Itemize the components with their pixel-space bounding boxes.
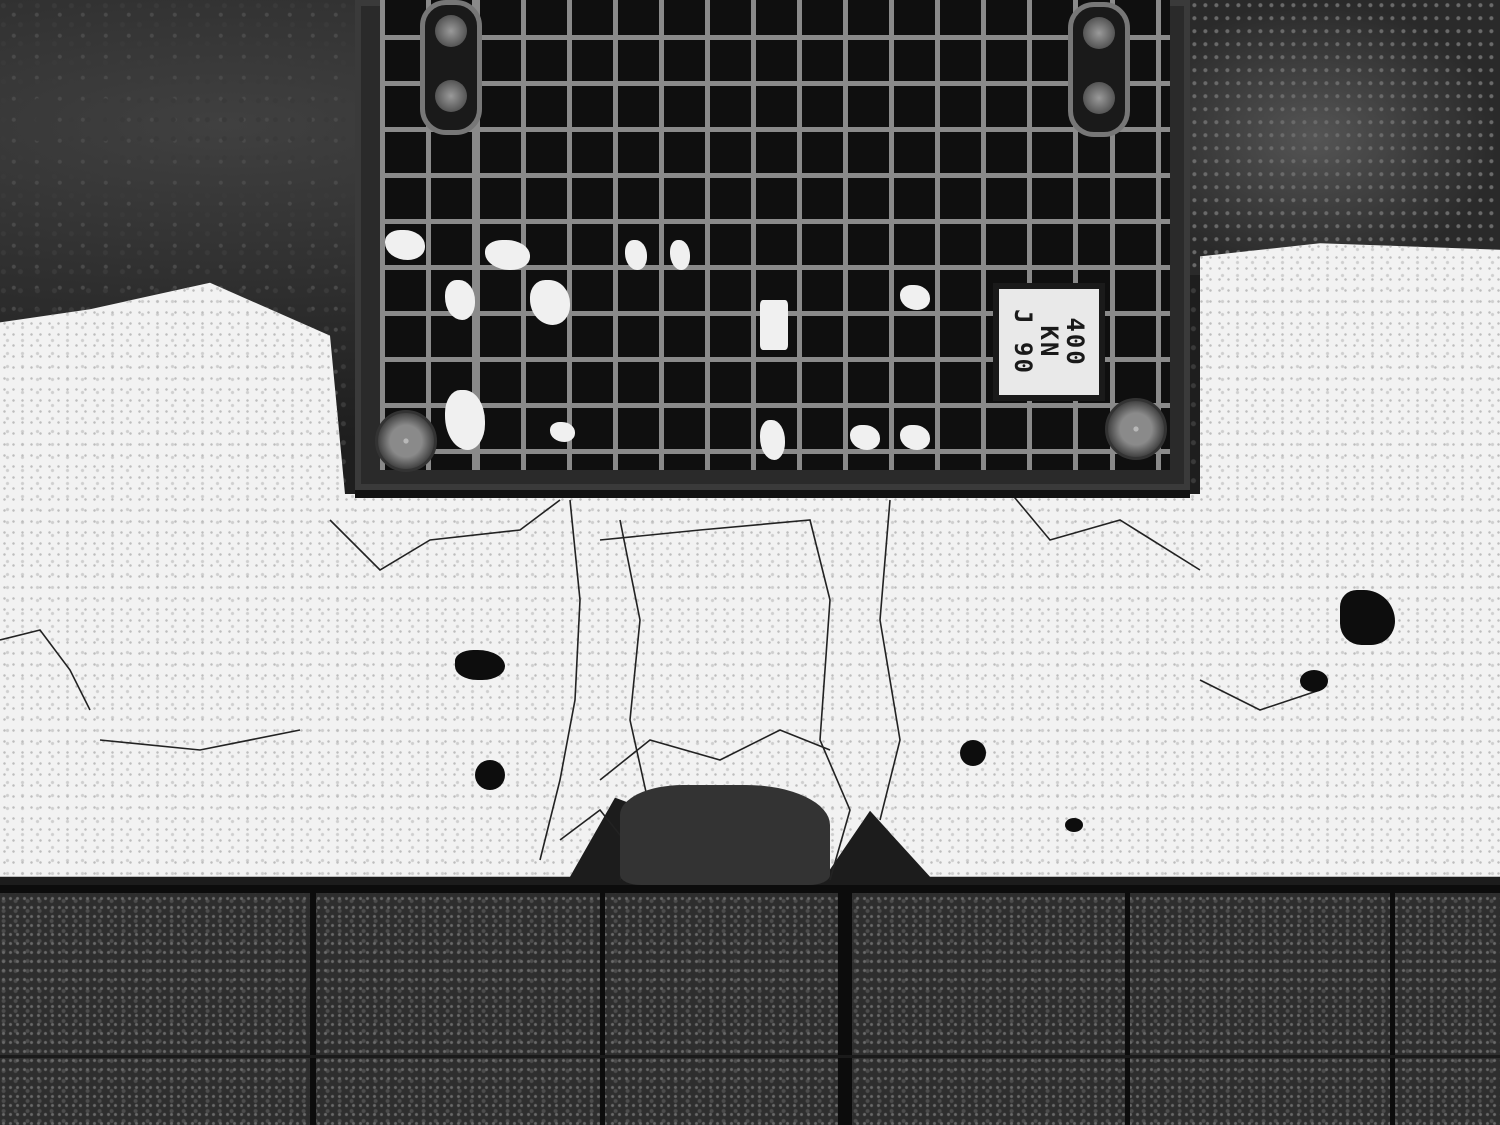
paint-chip xyxy=(625,240,647,270)
cobble-joint xyxy=(1390,885,1395,1125)
plate-line-load: 400 xyxy=(1062,309,1088,375)
cobble-joint xyxy=(0,1055,1500,1058)
plate-text: 400 KN J 90 xyxy=(1010,309,1088,375)
cobble-joint xyxy=(838,885,852,1125)
plate-line-unit: KN xyxy=(1036,309,1062,375)
load-rating-plate: 400 KN J 90 xyxy=(993,283,1105,401)
paint-chip xyxy=(760,300,788,350)
cobble-joint xyxy=(310,885,316,1125)
slot-plug xyxy=(435,80,467,112)
dark-spot xyxy=(455,650,505,680)
dark-spot xyxy=(1300,670,1328,692)
dark-spot xyxy=(960,740,986,766)
photo-scene: 400 KN J 90 xyxy=(0,0,1500,1125)
stone-surface-top-right xyxy=(1190,0,1500,275)
paint-chip xyxy=(550,422,575,442)
lifting-slot-left xyxy=(420,0,482,135)
curb-edge xyxy=(0,885,1500,893)
slot-plug xyxy=(435,15,467,47)
cobblestone-row xyxy=(0,885,1500,1125)
bolt-left xyxy=(375,410,437,472)
slot-plug xyxy=(1083,17,1115,49)
lifting-slot-right xyxy=(1068,2,1130,137)
dark-spot xyxy=(475,760,505,790)
exposed-asphalt-patch xyxy=(620,785,830,885)
slot-plug xyxy=(1083,82,1115,114)
paint-chip xyxy=(760,420,785,460)
cobble-joint xyxy=(600,885,605,1125)
dark-spot xyxy=(1065,818,1083,832)
street-grate: 400 KN J 90 xyxy=(355,0,1190,498)
bolt-right xyxy=(1105,398,1167,460)
paint-chip xyxy=(670,240,690,270)
plate-line-code: J 90 xyxy=(1010,309,1036,375)
cobble-joint xyxy=(1125,885,1130,1125)
